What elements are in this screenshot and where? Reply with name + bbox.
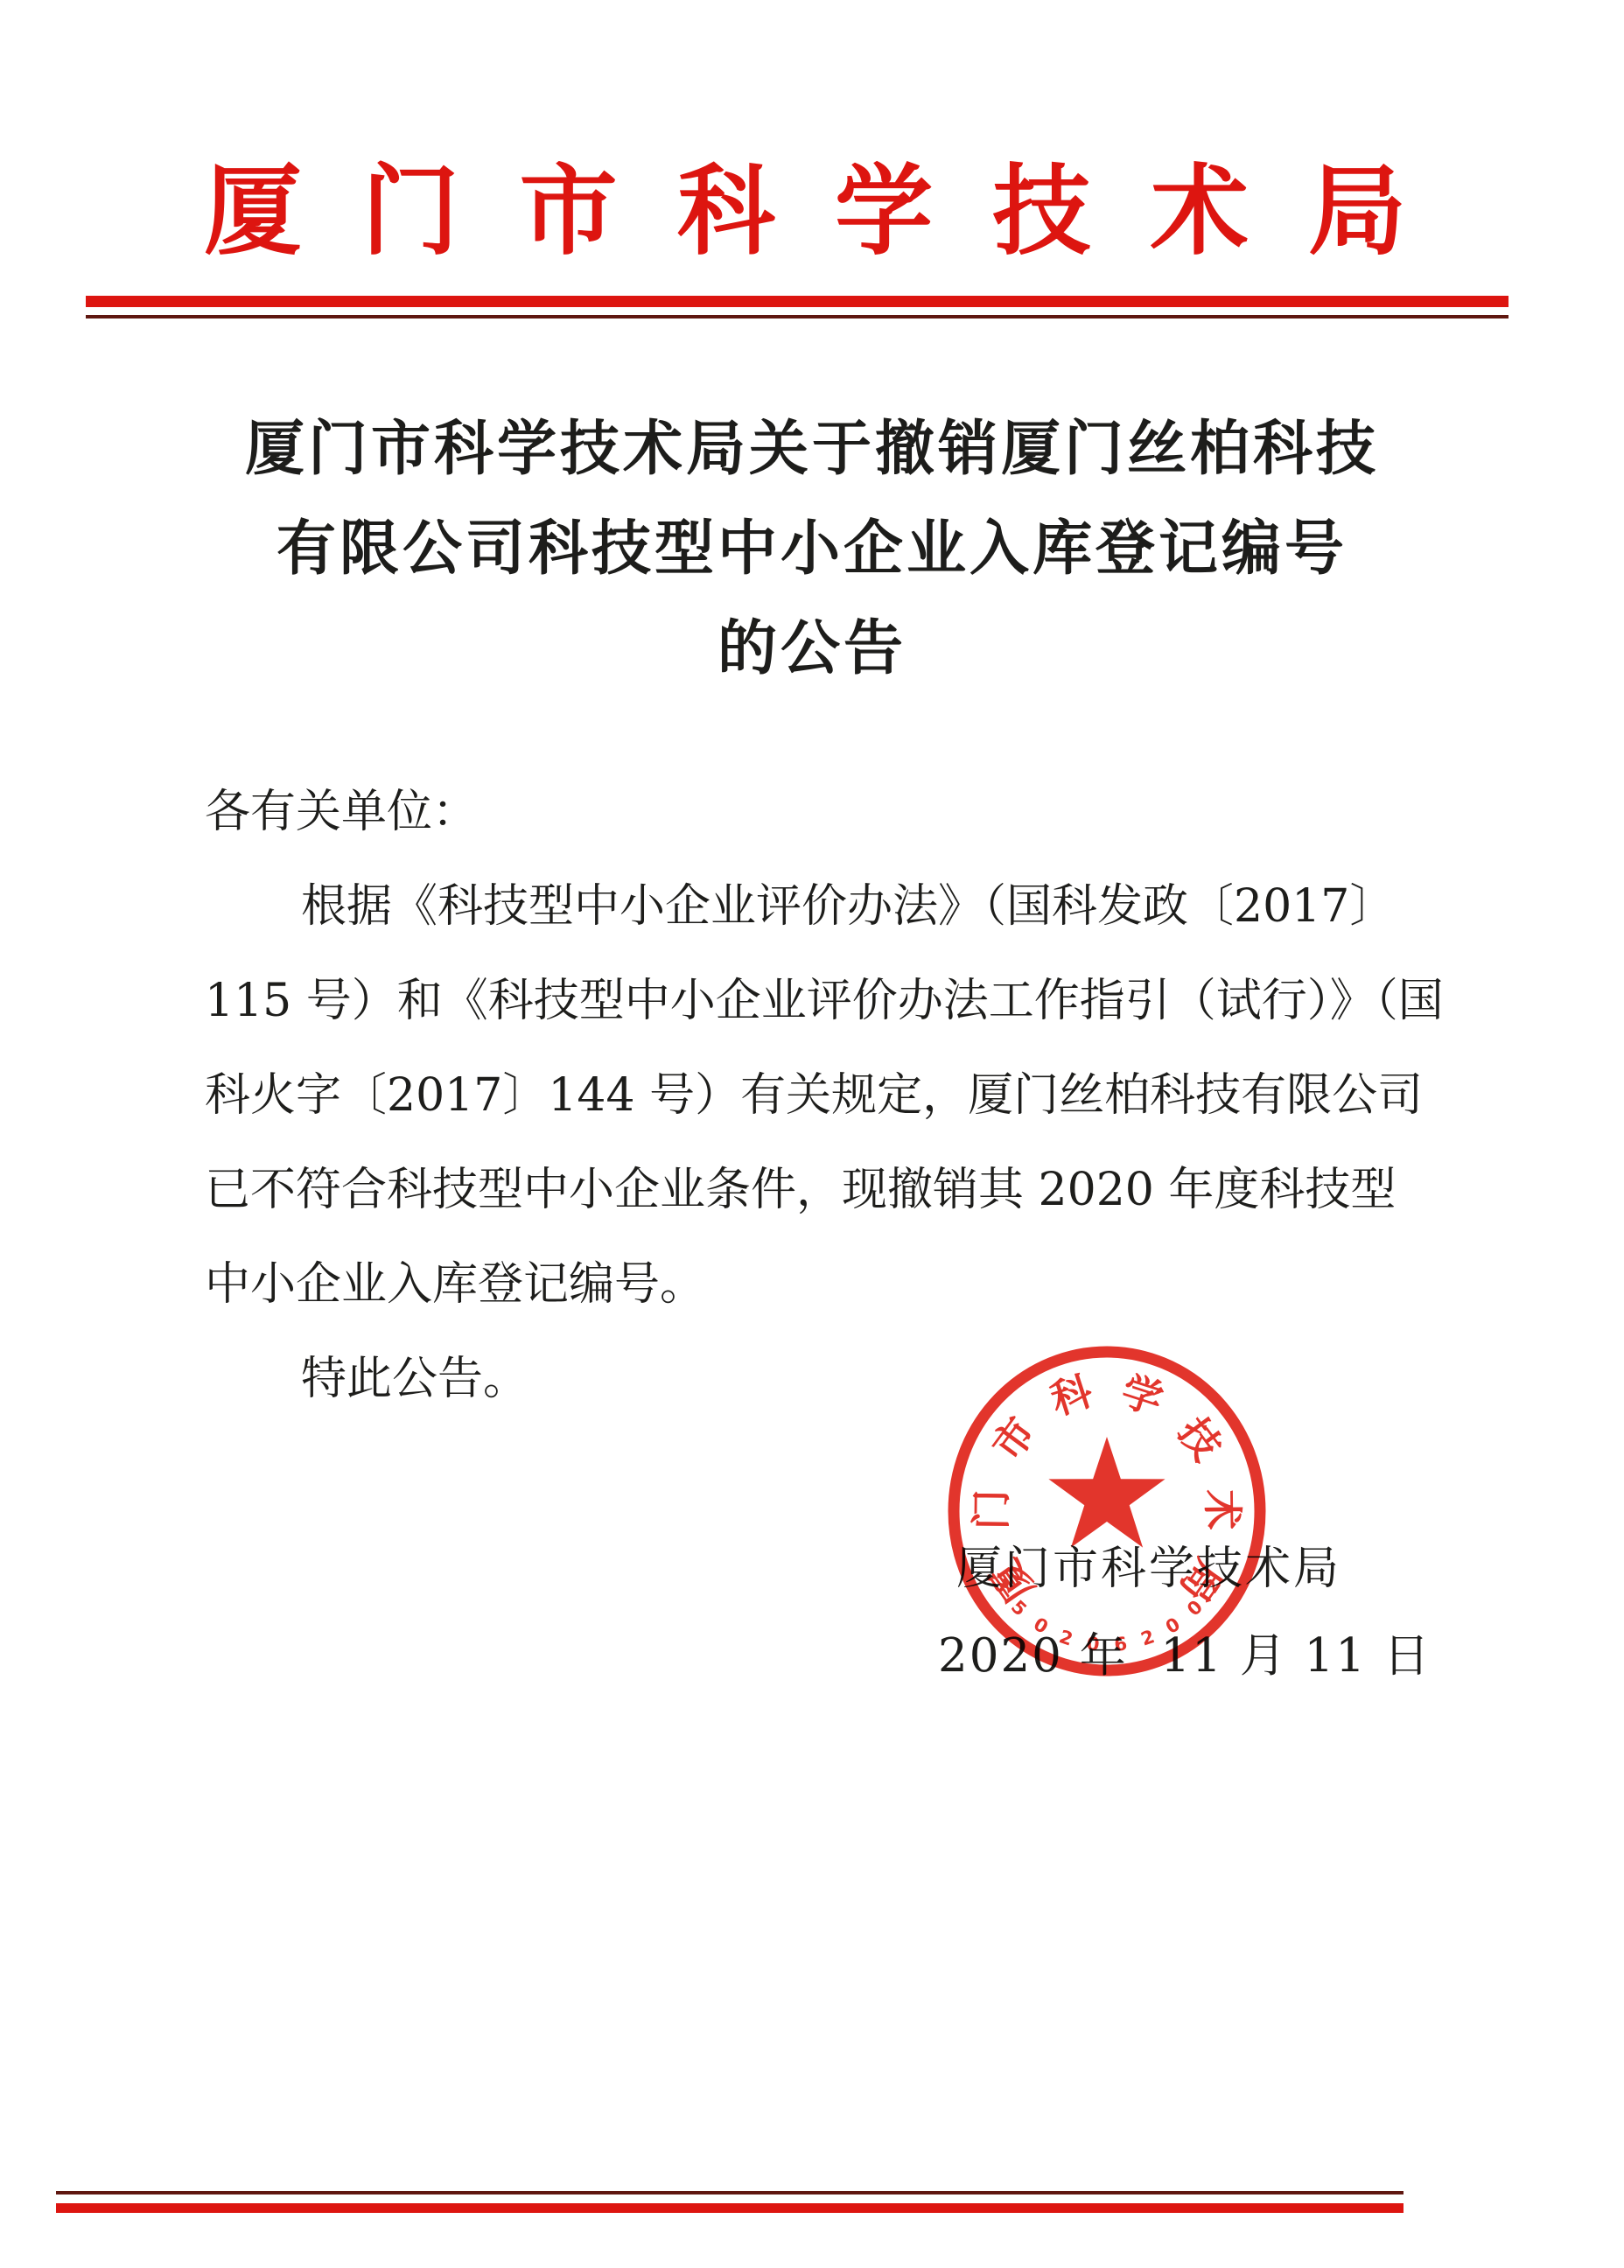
letterhead-rule-thin: [86, 315, 1508, 318]
svg-text:科: 科: [1045, 1367, 1097, 1424]
document-body: 各有关单位： 根据《科技型中小企业评价办法》（国科发政〔2017〕 115 号）…: [205, 765, 1430, 1426]
svg-text:门: 门: [968, 1489, 1016, 1530]
svg-text:术: 术: [1199, 1489, 1247, 1530]
footer-rule-thick: [56, 2203, 1403, 2213]
svg-text:0: 0: [1162, 1613, 1184, 1638]
body-line: 根据《科技型中小企业评价办法》（国科发政〔2017〕: [205, 859, 1430, 954]
letterhead-agency-title: 厦门市科学技术局: [204, 159, 1406, 271]
body-line: 115 号）和《科技型中小企业评价办法工作指引（试行）》（国: [205, 954, 1430, 1048]
svg-text:局: 局: [1171, 1550, 1233, 1611]
body-line: 已不符合科技型中小企业条件，现撤销其 2020 年度科技型: [205, 1143, 1430, 1237]
document-title: 厦门市科学技术局关于撤销厦门丝柏科技 有限公司科技型中小企业入库登记编号 的公告: [0, 399, 1624, 698]
svg-text:学: 学: [1116, 1367, 1168, 1424]
svg-text:0: 0: [1086, 1633, 1101, 1655]
svg-text:2: 2: [1057, 1626, 1076, 1649]
svg-text:6: 6: [1113, 1633, 1128, 1655]
document-page: 厦门市科学技术局 厦门市科学技术局关于撤销厦门丝柏科技 有限公司科技型中小企业入…: [0, 0, 1624, 2268]
svg-text:厦: 厦: [982, 1550, 1044, 1611]
document-title-line-1: 厦门市科学技术局关于撤销厦门丝柏科技: [0, 399, 1624, 499]
salutation: 各有关单位：: [205, 765, 1430, 859]
document-title-line-2: 有限公司科技型中小企业入库登记编号: [0, 499, 1624, 598]
svg-text:技: 技: [1169, 1409, 1231, 1469]
svg-text:市: 市: [983, 1409, 1045, 1469]
document-title-line-3: 的公告: [0, 598, 1624, 698]
footer-rule-thin: [56, 2191, 1403, 2194]
letterhead-rule-thick: [86, 296, 1508, 307]
official-seal-stamp: 厦门市科学技术局3502062002: [941, 1342, 1272, 1682]
svg-text:0: 0: [1030, 1613, 1052, 1638]
svg-text:2: 2: [1138, 1626, 1158, 1649]
body-line: 中小企业入库登记编号。: [205, 1237, 1430, 1332]
body-line: 科火字〔2017〕144 号）有关规定，厦门丝柏科技有限公司: [205, 1048, 1430, 1143]
